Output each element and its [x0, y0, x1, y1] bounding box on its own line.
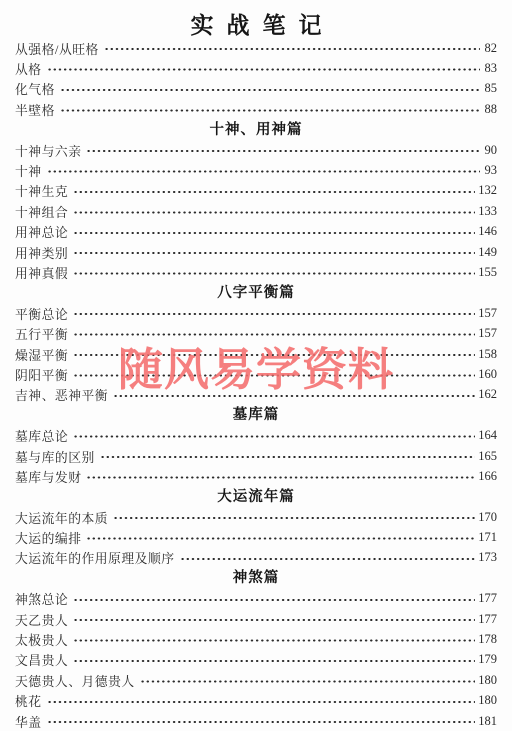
toc-entry: 十神生克132	[15, 181, 497, 201]
dot-leader	[104, 38, 480, 58]
dot-leader	[113, 385, 475, 405]
entry-label: 十神与六亲	[15, 141, 81, 160]
dot-leader	[73, 181, 475, 201]
entry-label: 化气格	[15, 79, 55, 98]
entry-page-number: 158	[478, 347, 497, 362]
entry-page-number: 88	[483, 102, 497, 117]
entry-label: 墓库总论	[15, 426, 68, 445]
toc-page: 实战笔记 从强格/从旺格82从格83化气格85半壁格88十神、用神篇十神与六亲9…	[0, 0, 512, 731]
dot-leader	[47, 160, 480, 180]
entry-page-number: 157	[478, 326, 497, 341]
section-heading: 十神、用神篇	[15, 120, 497, 140]
entry-page-number: 166	[478, 469, 497, 484]
toc-entry: 化气格85	[15, 79, 497, 99]
dot-leader	[73, 650, 475, 670]
dot-leader	[73, 364, 475, 384]
toc-entry: 墓库与发财166	[15, 466, 497, 486]
entry-label: 五行平衡	[15, 324, 68, 343]
entry-page-number: 146	[478, 224, 497, 239]
dot-leader	[47, 58, 480, 78]
entry-page-number: 82	[483, 41, 497, 56]
entry-page-number: 90	[483, 143, 497, 158]
toc-entry: 十神与六亲90	[15, 140, 497, 160]
dot-leader	[60, 79, 480, 99]
entry-label: 半壁格	[15, 100, 55, 119]
entry-page-number: 155	[478, 265, 497, 280]
dot-leader	[73, 222, 475, 242]
dot-leader	[73, 609, 475, 629]
dot-leader	[113, 507, 475, 527]
toc-entry: 从强格/从旺格82	[15, 38, 497, 58]
entry-label: 大运流年的作用原理及顺序	[15, 548, 175, 567]
toc-entry: 墓与库的区别165	[15, 446, 497, 466]
entry-page-number: 133	[478, 204, 497, 219]
toc-entry: 桃花180	[15, 691, 497, 711]
toc-entry: 神煞总论177	[15, 589, 497, 609]
entry-label: 太极贵人	[15, 630, 68, 649]
toc-entry: 用神真假155	[15, 262, 497, 282]
dot-leader	[86, 466, 475, 486]
page-title: 实战笔记	[178, 13, 335, 38]
toc-entry: 平衡总论157	[15, 303, 497, 323]
dot-leader	[73, 589, 475, 609]
entry-page-number: 157	[478, 306, 497, 321]
entry-label: 十神生克	[15, 181, 68, 200]
toc-entry: 天乙贵人177	[15, 609, 497, 629]
toc-entry: 大运的编排171	[15, 527, 497, 547]
entry-label: 十神组合	[15, 202, 68, 221]
toc-entry: 吉神、恶神平衡162	[15, 385, 497, 405]
toc-entry: 十神组合133	[15, 201, 497, 221]
section-heading: 大运流年篇	[15, 487, 497, 507]
section-heading: 八字平衡篇	[15, 283, 497, 303]
dot-leader	[60, 99, 480, 119]
entry-label: 天德贵人、月德贵人	[15, 671, 135, 690]
toc-entry: 大运流年的本质170	[15, 507, 497, 527]
dot-leader	[73, 262, 475, 282]
entry-label: 用神总论	[15, 222, 68, 241]
dot-leader	[100, 446, 475, 466]
toc-entry: 从格83	[15, 58, 497, 78]
toc-entry: 华盖181	[15, 711, 497, 731]
entry-page-number: 179	[478, 652, 497, 667]
entry-page-number: 181	[478, 714, 497, 729]
toc-entry: 阴阳平衡160	[15, 364, 497, 384]
toc-entry: 用神总论146	[15, 222, 497, 242]
dot-leader	[47, 691, 476, 711]
entry-label: 墓库与发财	[15, 467, 81, 486]
entry-page-number: 177	[478, 612, 497, 627]
entry-label: 神煞总论	[15, 589, 68, 608]
entry-label: 天乙贵人	[15, 610, 68, 629]
entry-page-number: 132	[478, 183, 497, 198]
toc-entry: 天德贵人、月德贵人180	[15, 670, 497, 690]
toc-entry: 十神93	[15, 160, 497, 180]
toc-entry: 文昌贵人179	[15, 650, 497, 670]
entry-page-number: 164	[478, 428, 497, 443]
toc-list: 从强格/从旺格82从格83化气格85半壁格88十神、用神篇十神与六亲90十神93…	[15, 38, 497, 731]
dot-leader	[86, 527, 475, 547]
toc-entry: 墓库总论164	[15, 425, 497, 445]
toc-entry: 太极贵人178	[15, 629, 497, 649]
entry-page-number: 173	[478, 550, 497, 565]
dot-leader	[73, 323, 475, 343]
entry-page-number: 180	[478, 673, 497, 688]
dot-leader	[73, 425, 475, 445]
entry-page-number: 162	[478, 387, 497, 402]
entry-label: 墓与库的区别	[15, 447, 95, 466]
section-heading: 神煞篇	[15, 568, 497, 588]
dot-leader	[73, 201, 475, 221]
entry-page-number: 180	[478, 693, 497, 708]
dot-leader	[73, 242, 475, 262]
dot-leader	[73, 344, 475, 364]
entry-page-number: 83	[483, 61, 497, 76]
dot-leader	[73, 629, 475, 649]
dot-leader	[73, 303, 475, 323]
entry-label: 阴阳平衡	[15, 365, 68, 384]
entry-page-number: 85	[483, 81, 497, 96]
entry-label: 十神	[15, 161, 42, 180]
entry-page-number: 171	[478, 530, 497, 545]
dot-leader	[180, 548, 476, 568]
entry-label: 从格	[15, 59, 42, 78]
title-block: 实战笔记	[15, 0, 497, 38]
entry-page-number: 93	[483, 163, 497, 178]
entry-label: 燥湿平衡	[15, 345, 68, 364]
entry-label: 大运的编排	[15, 528, 81, 547]
entry-label: 吉神、恶神平衡	[15, 385, 108, 404]
toc-entry: 燥湿平衡158	[15, 344, 497, 364]
toc-entry: 大运流年的作用原理及顺序173	[15, 548, 497, 568]
entry-label: 文昌贵人	[15, 650, 68, 669]
entry-label: 大运流年的本质	[15, 508, 108, 527]
entry-label: 用神真假	[15, 263, 68, 282]
toc-entry: 五行平衡157	[15, 323, 497, 343]
dot-leader	[140, 670, 476, 690]
entry-label: 华盖	[15, 712, 42, 731]
entry-page-number: 165	[478, 449, 497, 464]
dot-leader	[47, 711, 476, 731]
section-heading: 墓库篇	[15, 405, 497, 425]
entry-page-number: 170	[478, 510, 497, 525]
toc-entry: 半壁格88	[15, 99, 497, 119]
entry-page-number: 149	[478, 245, 497, 260]
dot-leader	[86, 140, 480, 160]
entry-page-number: 178	[478, 632, 497, 647]
entry-page-number: 177	[478, 591, 497, 606]
toc-entry: 用神类别149	[15, 242, 497, 262]
entry-label: 平衡总论	[15, 304, 68, 323]
entry-label: 桃花	[15, 691, 42, 710]
entry-label: 用神类别	[15, 243, 68, 262]
entry-label: 从强格/从旺格	[15, 39, 99, 58]
entry-page-number: 160	[478, 367, 497, 382]
